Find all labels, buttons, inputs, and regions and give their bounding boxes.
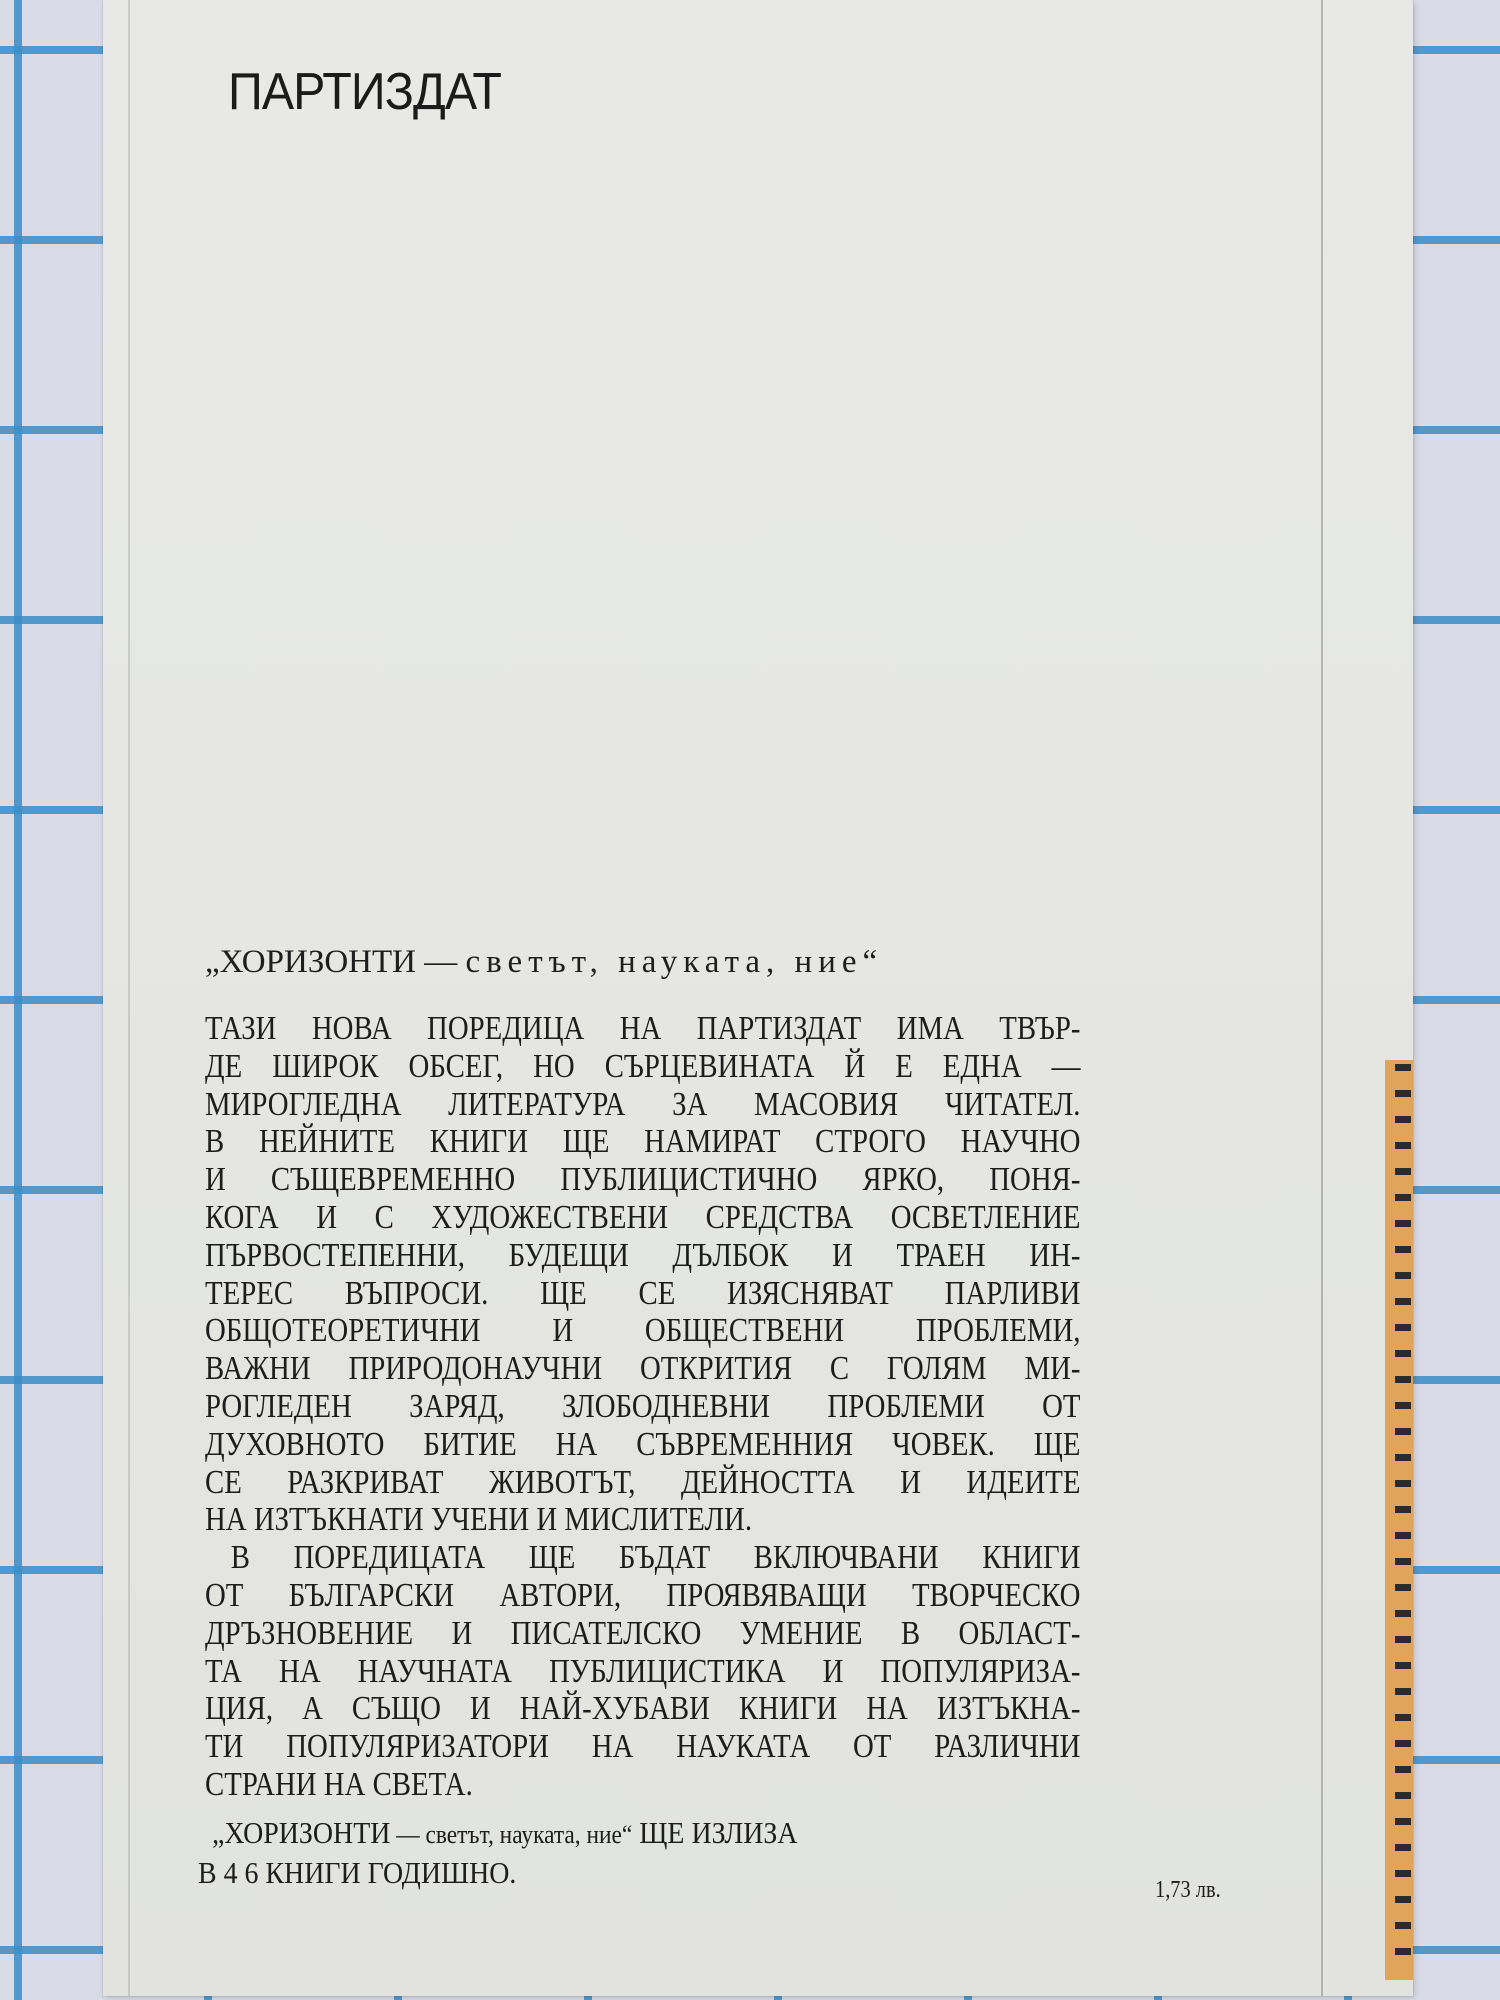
footer-series-name: „ХОРИЗОНТИ xyxy=(212,1815,390,1850)
spine-tick xyxy=(1395,1584,1411,1591)
text-line: КОГА И С ХУДОЖЕСТВЕНИ СРЕДСТВА ОСВЕТЛЕНИ… xyxy=(205,1199,1080,1237)
spine-tick xyxy=(1395,1064,1411,1071)
spine-tick xyxy=(1395,1168,1411,1175)
text-line: И СЪЩЕВРЕМЕННО ПУБЛИЦИСТИЧНО ЯРКО, ПОНЯ- xyxy=(205,1161,1080,1199)
series-subtitle: светът, науката, ние“ xyxy=(466,944,884,980)
spine-tick xyxy=(1395,1740,1411,1747)
spine-tick xyxy=(1395,1610,1411,1617)
text-line: ДРЪЗНОВЕНИЕ И ПИСАТЕЛСКО УМЕНИЕ В ОБЛАСТ… xyxy=(205,1615,1080,1653)
text-line: ПЪРВОСТЕПЕННИ, БУДЕЩИ ДЪЛБОК И ТРАЕН ИН- xyxy=(205,1237,1080,1275)
spine-tick xyxy=(1395,1896,1411,1903)
spine-tick xyxy=(1395,1714,1411,1721)
spine-tick xyxy=(1395,1116,1411,1123)
spine-tick xyxy=(1395,1272,1411,1279)
text-line: НА ИЗТЪКНАТИ УЧЕНИ И МИСЛИТЕЛИ. xyxy=(205,1501,1080,1539)
spine-tick xyxy=(1395,1428,1411,1435)
spine-tick xyxy=(1395,1402,1411,1409)
spine-tick xyxy=(1395,1662,1411,1669)
spine-tick xyxy=(1395,1454,1411,1461)
spine-tick xyxy=(1395,1142,1411,1149)
text-line: ТАЗИ НОВА ПОРЕДИЦА НА ПАРТИЗДАТ ИМА ТВЪР… xyxy=(205,1010,1080,1048)
text-line: СЕ РАЗКРИВАТ ЖИВОТЪТ, ДЕЙНОСТТА И ИДЕИТЕ xyxy=(205,1464,1080,1502)
series-description: ТАЗИ НОВА ПОРЕДИЦА НА ПАРТИЗДАТ ИМА ТВЪР… xyxy=(205,1010,958,1804)
text-line: СТРАНИ НА СВЕТА. xyxy=(205,1766,1080,1804)
spine-tick xyxy=(1395,1948,1411,1955)
footer-series-subtitle: светът, науката, ние“ xyxy=(425,1820,632,1849)
spine-tick xyxy=(1395,1350,1411,1357)
series-dash: — xyxy=(416,944,466,980)
text-line: ТИ ПОПУЛЯРИЗАТОРИ НА НАУКАТА ОТ РАЗЛИЧНИ xyxy=(205,1728,1080,1766)
text-line: В НЕЙНИТЕ КНИГИ ЩЕ НАМИРАТ СТРОГО НАУЧНО xyxy=(205,1123,1080,1161)
spine-tick xyxy=(1395,1506,1411,1513)
price-label: 1,73 лв. xyxy=(1155,1877,1221,1904)
spine-tick xyxy=(1395,1376,1411,1383)
spine-tick xyxy=(1395,1636,1411,1643)
text-line: МИРОГЛЕДНА ЛИТЕРАТУРА ЗА МАСОВИЯ ЧИТАТЕЛ… xyxy=(205,1086,1080,1124)
text-line: ДЕ ШИРОК ОБСЕГ, НО СЪРЦЕВИНАТА Й Е ЕДНА … xyxy=(205,1048,1080,1086)
spine-tick xyxy=(1395,1870,1411,1877)
text-line: ДУХОВНОТО БИТИЕ НА СЪВРЕМЕННИЯ ЧОВЕК. ЩЕ xyxy=(205,1426,1080,1464)
spine-tick xyxy=(1395,1688,1411,1695)
spine-tick xyxy=(1395,1766,1411,1773)
publisher-name: ПАРТИЗДАТ xyxy=(228,62,501,122)
text-line: ОБЩОТЕОРЕТИЧНИ И ОБЩЕСТВЕНИ ПРОБЛЕМИ, xyxy=(205,1312,1080,1350)
text-line: ТЕРЕС ВЪПРОСИ. ЩЕ СЕ ИЗЯСНЯВАТ ПАРЛИВИ xyxy=(205,1275,1080,1313)
footer-line-1: „ХОРИЗОНТИ — светът, науката, ние“ ЩЕ ИЗ… xyxy=(212,1815,798,1851)
text-line: ОТ БЪЛГАРСКИ АВТОРИ, ПРОЯВЯВАЩИ ТВОРЧЕСК… xyxy=(205,1577,1080,1615)
spine-tick xyxy=(1395,1246,1411,1253)
spine-tick xyxy=(1395,1818,1411,1825)
spine-tick xyxy=(1395,1558,1411,1565)
spine-barcode-strip xyxy=(1385,1060,1413,1980)
series-title: „ХОРИЗОНТИ — светът, науката, ние“ xyxy=(205,944,883,981)
spine-tick xyxy=(1395,1090,1411,1097)
text-line: В ПОРЕДИЦАТА ЩЕ БЪДАТ ВКЛЮЧВАНИ КНИГИ xyxy=(205,1539,1080,1577)
text-line: РОГЛЕДЕН ЗАРЯД, ЗЛОБОДНЕВНИ ПРОБЛЕМИ ОТ xyxy=(205,1388,1080,1426)
spine-tick xyxy=(1395,1194,1411,1201)
spine-tick xyxy=(1395,1792,1411,1799)
spine-crease xyxy=(1321,0,1323,1996)
text-line: ВАЖНИ ПРИРОДОНАУЧНИ ОТКРИТИЯ С ГОЛЯМ МИ- xyxy=(205,1350,1080,1388)
series-name: „ХОРИЗОНТИ xyxy=(205,944,416,980)
footer-line-2: В 4 6 КНИГИ ГОДИШНО. xyxy=(198,1855,516,1891)
spine-tick xyxy=(1395,1532,1411,1539)
spine-tick xyxy=(1395,1922,1411,1929)
description-paragraph-1: ТАЗИ НОВА ПОРЕДИЦА НА ПАРТИЗДАТ ИМА ТВЪР… xyxy=(205,1010,958,1539)
description-paragraph-2: В ПОРЕДИЦАТА ЩЕ БЪДАТ ВКЛЮЧВАНИ КНИГИОТ … xyxy=(205,1539,958,1804)
text-line: ЦИЯ, А СЪЩО И НАЙ-ХУБАВИ КНИГИ НА ИЗТЪКН… xyxy=(205,1690,1080,1728)
spine-tick xyxy=(1395,1298,1411,1305)
spine-tick xyxy=(1395,1220,1411,1227)
spine-tick xyxy=(1395,1844,1411,1851)
spine-tick xyxy=(1395,1480,1411,1487)
spine-tick xyxy=(1395,1324,1411,1331)
text-line: ТА НА НАУЧНАТА ПУБЛИЦИСТИКА И ПОПУЛЯРИЗА… xyxy=(205,1653,1080,1691)
